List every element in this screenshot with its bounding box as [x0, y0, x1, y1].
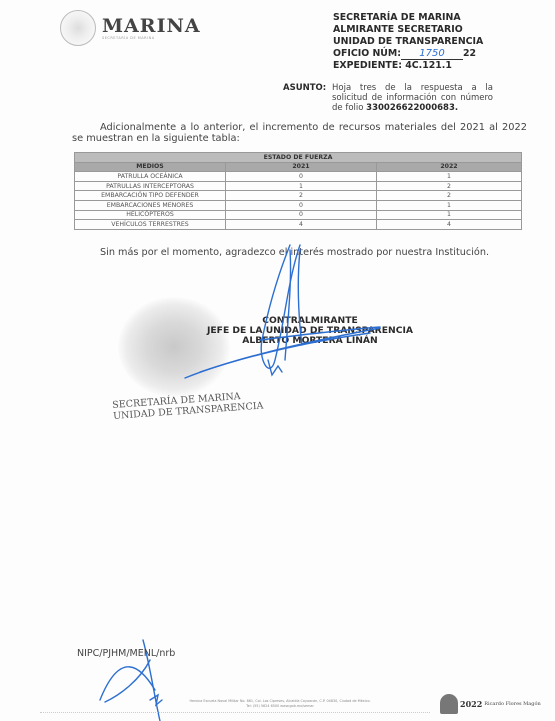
table-row: EMBARCACIÓN TIPO DEFENDER22: [75, 191, 522, 201]
value-2022-cell: 1: [377, 200, 522, 210]
oficio-label: OFICIO NÚM:: [333, 48, 401, 59]
value-2022-cell: 2: [377, 191, 522, 201]
badge-name: Ricardo Flores Magón: [484, 702, 540, 707]
value-2021-cell: 0: [226, 210, 377, 220]
estado-de-fuerza-table: ESTADO DE FUERZA MEDIOS 2021 2022 PATRUL…: [74, 152, 522, 230]
medio-cell: PATRULLA OCEÁNICA: [75, 172, 226, 182]
table-row: PATRULLA OCEÁNICA01: [75, 172, 522, 182]
footer-phone-line: Tel: (55) 5624 6500 www.gob.mx/semar: [160, 704, 400, 709]
column-header-2022: 2022: [377, 162, 522, 172]
footer-divider: [40, 712, 430, 713]
commemorative-year-badge: 2022 Ricardo Flores Magón: [440, 694, 541, 714]
header-line-secretaria: SECRETARÍA DE MARINA: [333, 12, 483, 24]
asunto-block: ASUNTO: Hoja tres de la respuesta a la s…: [283, 83, 493, 113]
official-stamp-icon: [118, 297, 230, 397]
reference-initials: NIPC/PJHM/MENL/nrb: [77, 648, 175, 659]
value-2021-cell: 0: [226, 172, 377, 182]
closing-sentence: Sin más por el momento, agradezco el int…: [100, 247, 489, 258]
asunto-folio: 330026622000683.: [366, 103, 458, 113]
medio-cell: VEHÍCULOS TERRESTRES: [75, 220, 226, 230]
oficio-number-handwritten: 1750: [401, 49, 463, 60]
letterhead-block: SECRETARÍA DE MARINA ALMIRANTE SECRETARI…: [333, 12, 483, 72]
medio-cell: EMBARCACIÓN TIPO DEFENDER: [75, 191, 226, 201]
table-row: HELICÓPTEROS01: [75, 210, 522, 220]
table-row: VEHÍCULOS TERRESTRES44: [75, 220, 522, 230]
table-super-header: ESTADO DE FUERZA: [75, 153, 522, 163]
value-2022-cell: 1: [377, 210, 522, 220]
table-row: PATRULLAS INTERCEPTORAS12: [75, 181, 522, 191]
value-2021-cell: 0: [226, 200, 377, 210]
table-row: EMBARCACIONES MENORES01: [75, 200, 522, 210]
expediente-line: EXPEDIENTE: 4C.121.1: [333, 60, 483, 72]
footer-address: Heroica Escuela Naval Militar No. 861, C…: [160, 699, 400, 709]
medio-cell: EMBARCACIONES MENORES: [75, 200, 226, 210]
signature-block: CONTRALMIRANTE JEFE DE LA UNIDAD DE TRAN…: [190, 316, 430, 346]
value-2022-cell: 2: [377, 181, 522, 191]
value-2022-cell: 1: [377, 172, 522, 182]
marina-logo: MARINA SECRETARÍA DE MARINA: [60, 10, 201, 46]
asunto-label: ASUNTO:: [283, 83, 326, 93]
signer-name: ALBERTO MORTERA LIÑÁN: [190, 336, 430, 346]
value-2022-cell: 4: [377, 220, 522, 230]
value-2021-cell: 1: [226, 181, 377, 191]
value-2021-cell: 2: [226, 191, 377, 201]
intro-paragraph: Adicionalmente a lo anterior, el increme…: [72, 122, 527, 144]
column-header-medios: MEDIOS: [75, 162, 226, 172]
stamp-caption: SECRETARÍA DE MARINA UNIDAD DE TRANSPARE…: [112, 389, 264, 421]
oficio-line: OFICIO NÚM:175022: [333, 48, 483, 60]
value-2021-cell: 4: [226, 220, 377, 230]
portrait-icon: [440, 694, 458, 714]
logo-title: MARINA: [102, 16, 201, 36]
header-line-unidad: UNIDAD DE TRANSPARENCIA: [333, 36, 483, 48]
header-line-almirante: ALMIRANTE SECRETARIO: [333, 24, 483, 36]
national-seal-icon: [60, 10, 96, 46]
column-header-2021: 2021: [226, 162, 377, 172]
badge-year: 2022: [460, 699, 482, 709]
medio-cell: PATRULLAS INTERCEPTORAS: [75, 181, 226, 191]
oficio-suffix: 22: [463, 48, 476, 59]
medio-cell: HELICÓPTEROS: [75, 210, 226, 220]
